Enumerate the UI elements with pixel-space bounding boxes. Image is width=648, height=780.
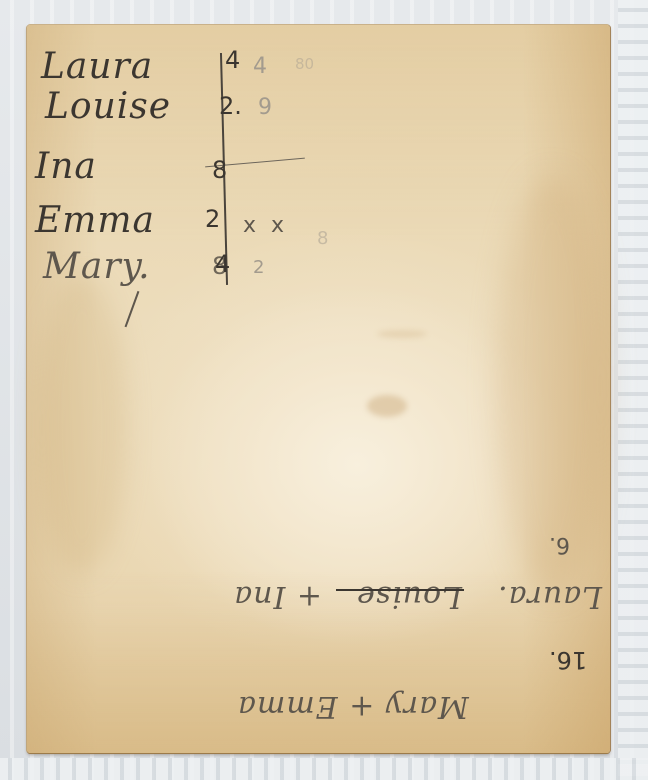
tally-marks-emma: x x: [243, 215, 288, 237]
tally-name-mary: Mary.: [43, 249, 151, 285]
tally-faint-note-mary: 2: [253, 259, 264, 277]
tally-name-louise: Louise: [45, 89, 171, 125]
stain: [367, 395, 407, 417]
upside-note-number-16: 16.: [549, 648, 587, 672]
stain: [377, 330, 427, 338]
upside-note-line-1: Laura. Louise + Ina: [162, 573, 602, 613]
tally-name-laura: Laura: [41, 49, 153, 85]
mary-descender: [125, 291, 139, 327]
tally-faint-note-louise: 9: [258, 97, 272, 119]
sleeve-edge-right: [618, 0, 648, 780]
photo-card-back: Laura 4 4 80 Louise 2. 9 Ina 8 Emma 2 x …: [27, 25, 610, 753]
tally-count-emma: 2: [205, 207, 220, 231]
upside-note-louise-struck: Louise: [356, 581, 462, 611]
tally-name-ina: Ina: [35, 149, 97, 185]
tally-faint-note-laura-2: 80: [295, 57, 314, 72]
sleeve-edge-bottom: [0, 758, 648, 780]
tally-name-emma: Emma: [35, 203, 155, 239]
upside-note-laura: Laura.: [497, 581, 602, 611]
tally-count-laura: 4: [225, 48, 240, 72]
tally-count-mary: 4: [215, 252, 230, 276]
upside-note-ina: + Ina: [233, 581, 322, 611]
tally-count-ina: 8: [212, 158, 227, 182]
tally-faint-note-laura: 4: [253, 56, 267, 78]
tally-count-louise: 2.: [219, 94, 242, 118]
tally-faint-note-emma: 8: [317, 230, 328, 248]
upside-note-number-6: 6.: [549, 533, 570, 555]
stain: [37, 275, 127, 575]
upside-note-mary-emma: Mary + Emma: [237, 691, 469, 721]
strikethrough-line: [336, 589, 464, 591]
